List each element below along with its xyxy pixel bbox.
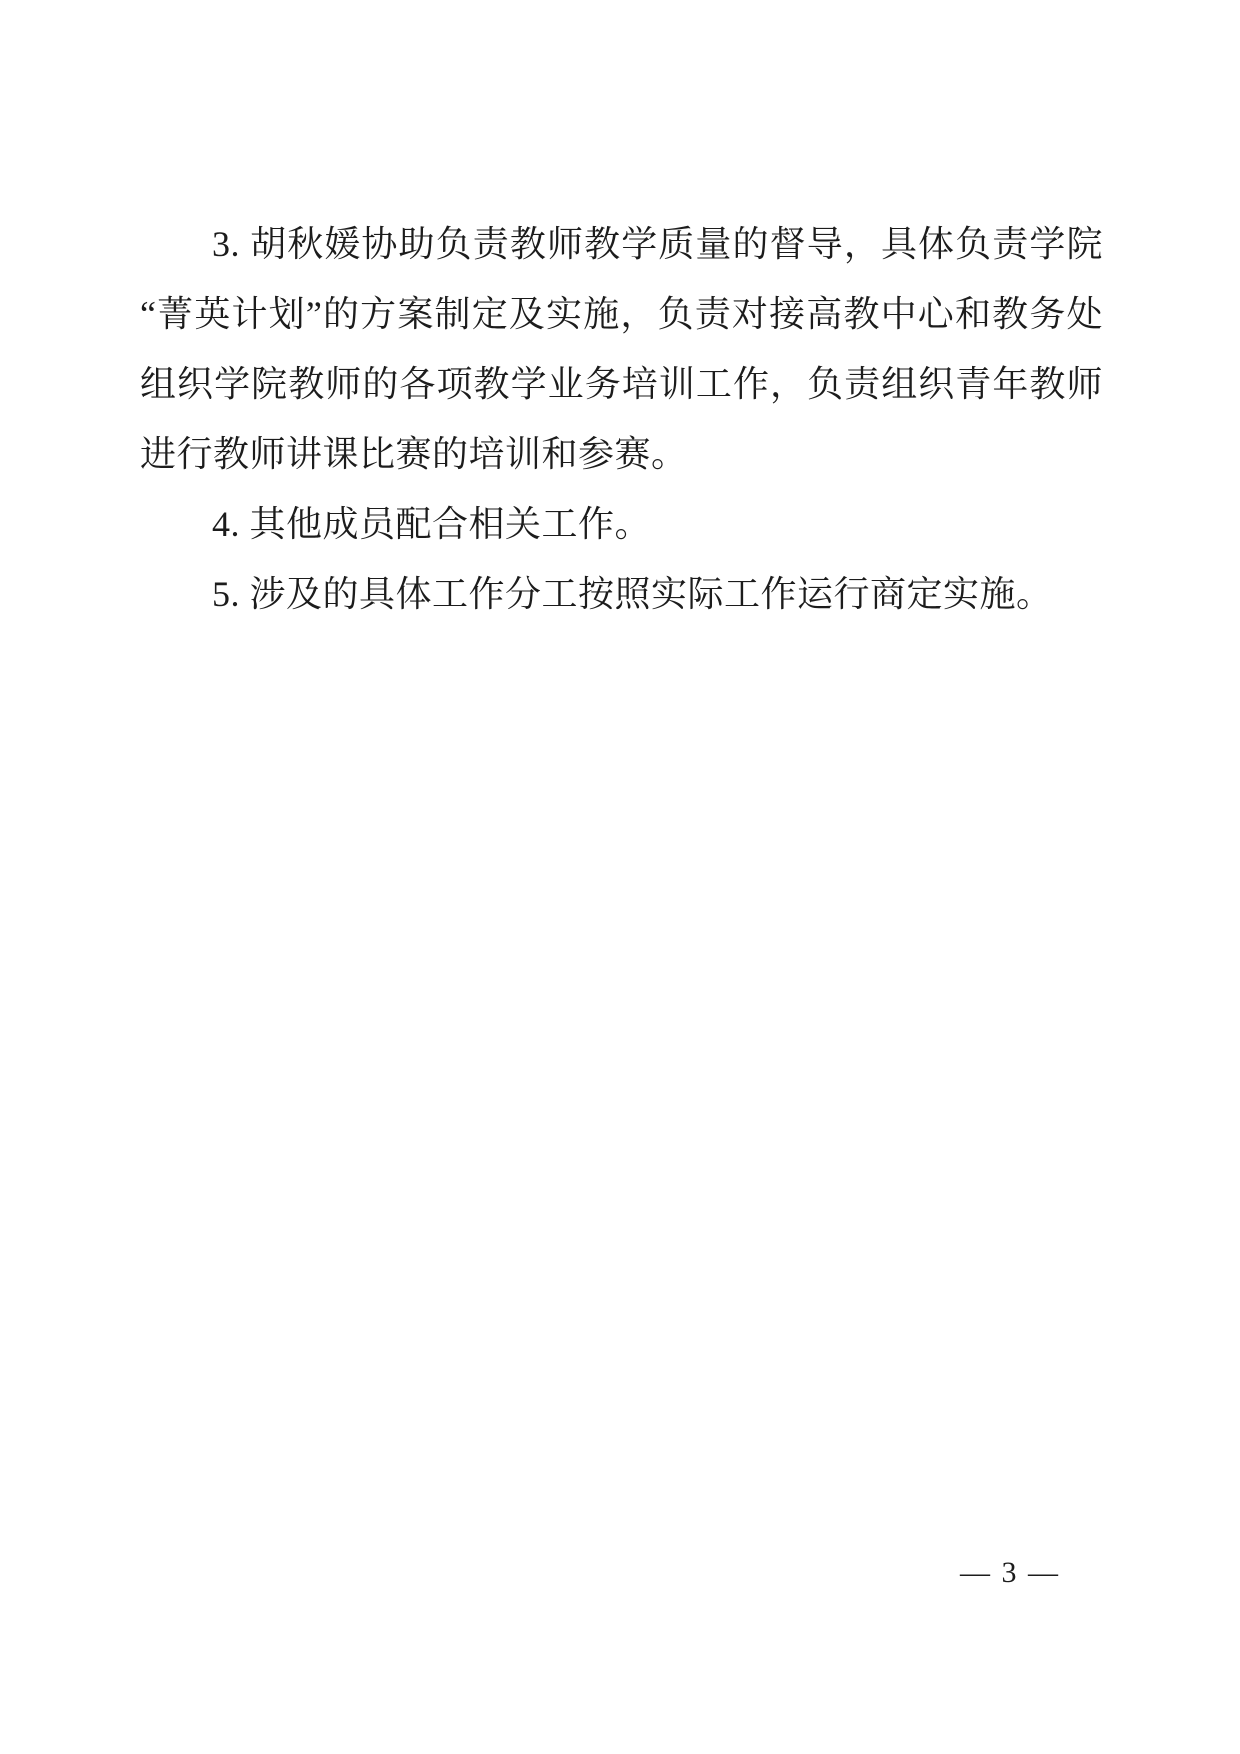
paragraph-item-3: 3. 胡秋媛协助负责教师教学质量的督导，具体负责学院“菁英计划”的方案制定及实施…: [140, 209, 1103, 489]
page-number: — 3 —: [960, 1556, 1060, 1590]
paragraph-item-4: 4. 其他成员配合相关工作。: [140, 489, 1103, 559]
document-body: 3. 胡秋媛协助负责教师教学质量的督导，具体负责学院“菁英计划”的方案制定及实施…: [140, 209, 1103, 629]
paragraph-item-5: 5. 涉及的具体工作分工按照实际工作运行商定实施。: [140, 559, 1103, 629]
document-page: 3. 胡秋媛协助负责教师教学质量的督导，具体负责学院“菁英计划”的方案制定及实施…: [0, 0, 1240, 1754]
